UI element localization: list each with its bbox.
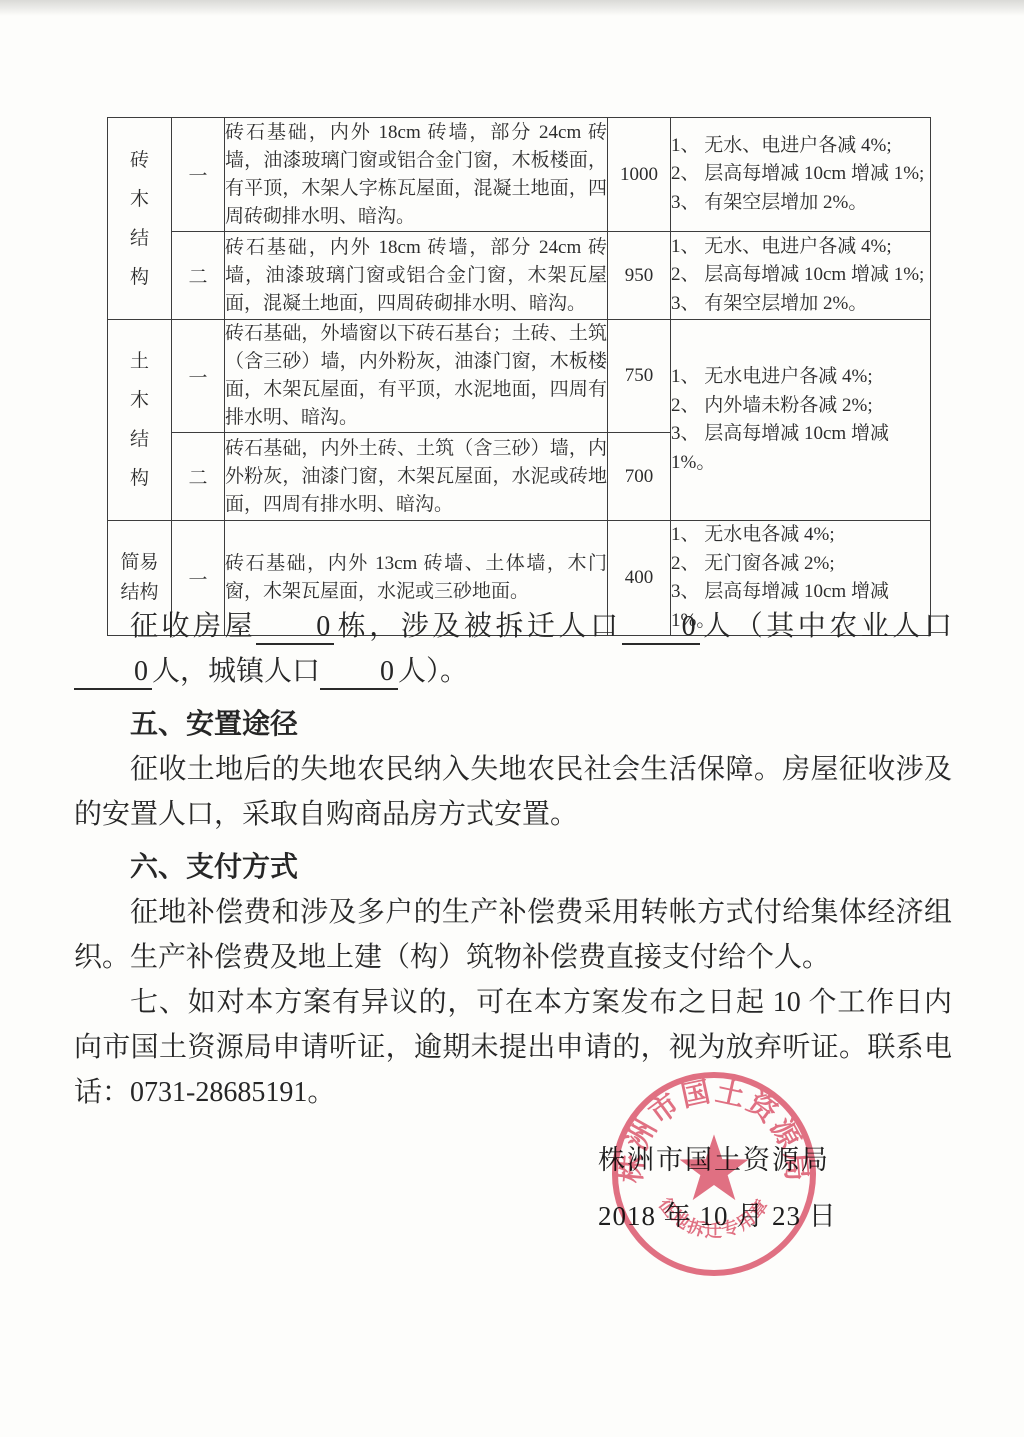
price-cell: 750: [608, 320, 671, 433]
seal-bottom-text-holder: 征地拆迁专用章: [655, 1194, 773, 1240]
grade-cell: 二: [172, 433, 225, 521]
compensation-table: 砖木结构 一 砖石基础，内外 18cm 砖墙，部分 24cm 砖墙，油漆玻璃门窗…: [107, 117, 931, 636]
table-row: 土木结构 一 砖石基础，外墙窗以下砖石基台；土砖、土筑（含三砂）墙，内外粉灰，油…: [108, 320, 931, 433]
remark-cell: 1、 无水、电进户各减 4%; 2、 层高每增减 10cm 增减 1%; 3、 …: [671, 232, 931, 320]
section-heading-5: 五、安置途径: [74, 702, 952, 747]
houses-count-line: 征收房屋0栋，涉及被拆迁人口0人（其中农业人口0人，城镇人口0人）。: [74, 604, 952, 694]
remark-cell: 1、 无水、电进户各减 4%; 2、 层高每增减 10cm 增减 1%; 3、 …: [671, 118, 931, 232]
table-row: 二 砖石基础，内外 18cm 砖墙，部分 24cm 砖墙，油漆玻璃门窗或铝合金门…: [108, 232, 931, 320]
seal-star: [679, 1134, 748, 1200]
price-cell: 700: [608, 433, 671, 521]
paragraph-payment: 征地补偿费和涉及多户的生产补偿费采用转帐方式付给集体经济组织。生产补偿费及地上建…: [74, 890, 952, 980]
structure-type-cell: 砖木结构: [108, 118, 172, 320]
scanned-document-page: 砖木结构 一 砖石基础，内外 18cm 砖墙，部分 24cm 砖墙，油漆玻璃门窗…: [0, 0, 1024, 1437]
underline-value: 0: [320, 656, 398, 690]
table-row: 砖木结构 一 砖石基础，内外 18cm 砖墙，部分 24cm 砖墙，油漆玻璃门窗…: [108, 118, 931, 232]
description-cell: 砖石基础，外墙窗以下砖石基台；土砖、土筑（含三砂）墙，内外粉灰，油漆门窗，木板楼…: [225, 320, 608, 433]
description-cell: 砖石基础，内外 18cm 砖墙，部分 24cm 砖墙，油漆玻璃门窗或铝合金门窗，…: [225, 118, 608, 232]
description-cell: 砖石基础，内外土砖、土筑（含三砂）墙，内外粉灰，油漆门窗，木架瓦屋面，水泥或砖地…: [225, 433, 608, 521]
houses-text: 栋，涉及被拆迁人口: [334, 611, 621, 642]
underline-value: 0: [622, 611, 700, 645]
structure-type-label: 土木结构: [129, 342, 151, 498]
document-body: 征收房屋0栋，涉及被拆迁人口0人（其中农业人口0人，城镇人口0人）。 五、安置途…: [74, 604, 952, 1115]
description-cell: 砖石基础，内外 18cm 砖墙，部分 24cm 砖墙，油漆玻璃门窗或铝合金门窗，…: [225, 232, 608, 320]
scan-artifact-shade: [0, 0, 1024, 16]
houses-text: 征收房屋: [130, 611, 256, 642]
houses-text: 人）。: [398, 656, 468, 687]
grade-cell: 一: [172, 320, 225, 433]
official-seal: 株洲市国土资源局 征地拆迁专用章: [604, 1064, 824, 1284]
seal-bottom-text: 征地拆迁专用章: [655, 1194, 773, 1240]
section-heading-6: 六、支付方式: [74, 845, 952, 890]
structure-type-label: 简易结构: [118, 548, 162, 608]
underline-value: 0: [74, 656, 152, 690]
remark-cell-merged: 1、 无水电进户各减 4%; 2、 内外墙未粉各减 2%; 3、 层高每增减 1…: [671, 320, 931, 521]
structure-type-cell: 土木结构: [108, 320, 172, 521]
houses-text: 人（其中农业人口: [700, 611, 952, 642]
grade-cell: 二: [172, 232, 225, 320]
paragraph-resettlement: 征收土地后的失地农民纳入失地农民社会生活保障。房屋征收涉及的安置人口，采取自购商…: [74, 747, 952, 837]
grade-cell: 一: [172, 118, 225, 232]
structure-type-label: 砖木结构: [129, 141, 151, 297]
price-cell: 950: [608, 232, 671, 320]
price-cell: 1000: [608, 118, 671, 232]
houses-text: 人，城镇人口: [152, 656, 320, 687]
underline-value: 0: [256, 611, 334, 645]
